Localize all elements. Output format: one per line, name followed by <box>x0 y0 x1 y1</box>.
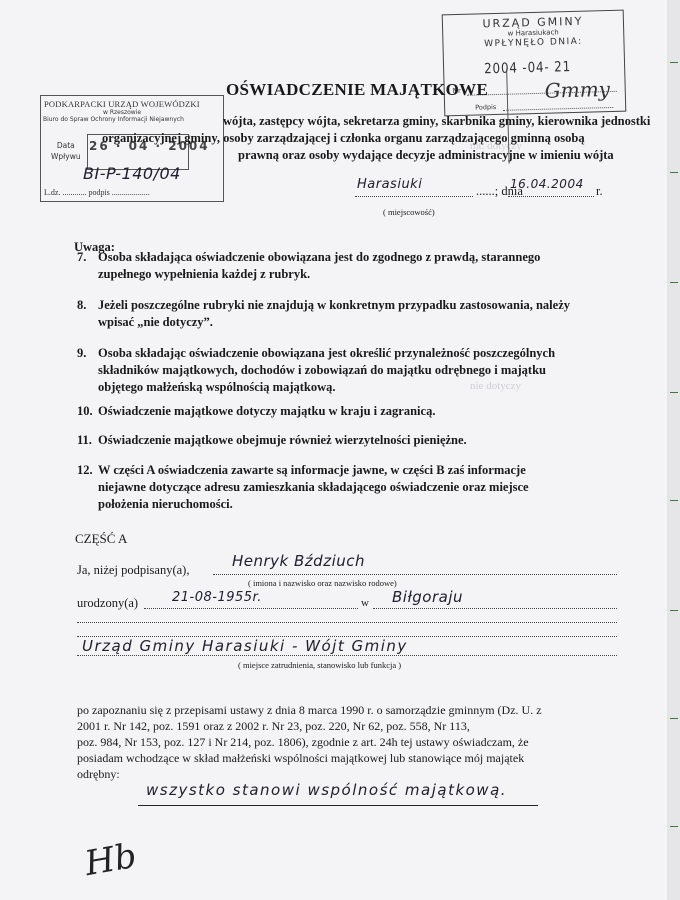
scan-tick <box>670 172 678 173</box>
signed-caption: ( imiona i nazwisko oraz nazwisko rodowe… <box>248 578 397 588</box>
stamp-signature-line <box>503 107 613 111</box>
scan-tick <box>670 610 678 611</box>
place-caption: ( miejscowość) <box>383 207 435 217</box>
scan-tick <box>670 718 678 719</box>
stamp-ref-number: BI-P-140/04 <box>83 164 181 183</box>
born-in-label: w <box>361 597 369 609</box>
scan-tick <box>670 282 678 283</box>
born-place-value: Biłgoraju <box>392 588 463 606</box>
date-dots <box>508 196 594 197</box>
stamp-bureau: Biuro do Spraw Ochrony Informacji Niejaw… <box>43 116 184 123</box>
statement-paragraph: po zapoznaniu się z przepisami ustawy z … <box>77 702 637 782</box>
header-line: prawną oraz osoby wydające decyzje admin… <box>238 148 614 163</box>
note-item: 12.W części A oświadczenia zawarte są in… <box>77 462 617 513</box>
document-title: OŚWIADCZENIE MAJĄTKOWE <box>226 80 488 100</box>
stamp-location: w Rzeszowie <box>103 109 141 116</box>
separate-label: odrębny: <box>77 767 120 781</box>
note-item: 7.Osoba składająca oświadczenie obowiąza… <box>77 249 617 283</box>
place-value: Harasiuki <box>357 177 422 192</box>
stamp-ref-label: L.dz. ............ podpis ..............… <box>44 188 150 197</box>
note-item: 9.Osoba składając oświadczenie obowiązan… <box>77 345 617 396</box>
stamp-date: 2004 -04- 21 <box>484 59 571 77</box>
note-item: 11.Oświadczenie majątkowe obejmuje równi… <box>77 432 617 449</box>
scan-tick <box>670 500 678 501</box>
scan-tick <box>670 826 678 827</box>
signed-dots <box>213 574 617 575</box>
scan-tick <box>670 62 678 63</box>
date-value: 16.04.2004 <box>510 177 584 191</box>
born-place-dots <box>373 608 617 609</box>
document-page: mt. dotyczy nie dotyczy URZĄD GMINY w Ha… <box>0 0 667 900</box>
place-dots <box>355 196 473 197</box>
employment-value: Urząd Gminy Harasiuki - Wójt Gminy <box>82 637 408 655</box>
signed-value: Henryk Bździuch <box>232 552 365 570</box>
voivodeship-stamp: PODKARPACKI URZĄD WOJEWÓDZKI w Rzeszowie… <box>40 95 224 202</box>
date-suffix: r. <box>596 184 603 199</box>
stamp-date-label: Data Wpływu <box>51 140 81 162</box>
stamp-signature-label: Podpis <box>475 103 496 112</box>
received-stamp: URZĄD GMINY w Harasiukach WPŁYNĘŁO DNIA:… <box>442 10 627 117</box>
header-line: wójta, zastępcy wójta, sekretarza gminy,… <box>223 114 650 129</box>
note-item: 10.Oświadczenie majątkowe dotyczy majątk… <box>77 403 617 420</box>
born-date-value: 21-08-1955r. <box>172 590 262 605</box>
note-item: 8.Jeżeli poszczególne rubryki nie znajdu… <box>77 297 617 331</box>
separate-value: wszystko stanowi wspólność majątkową. <box>146 781 507 799</box>
separate-underline <box>138 805 538 806</box>
scan-tick <box>670 392 678 393</box>
born-label: urodzony(a) <box>77 596 138 611</box>
signed-label: Ja, niżej podpisany(a), <box>77 563 189 578</box>
part-a-heading: CZĘŚĆ A <box>75 531 127 547</box>
blank-dots <box>77 622 617 623</box>
born-date-dots <box>144 608 358 609</box>
scan-gutter <box>667 0 680 900</box>
employment-caption: ( miejsce zatrudnienia, stanowisko lub f… <box>238 660 401 670</box>
header-line: organizacyjnej gminy, osoby zarządzające… <box>102 131 585 146</box>
stamp-signature: Gmmy <box>544 77 610 103</box>
employment-dots <box>77 655 617 656</box>
stamp-office: PODKARPACKI URZĄD WOJEWÓDZKI <box>44 99 200 109</box>
bottom-signature: Hb <box>82 836 140 884</box>
